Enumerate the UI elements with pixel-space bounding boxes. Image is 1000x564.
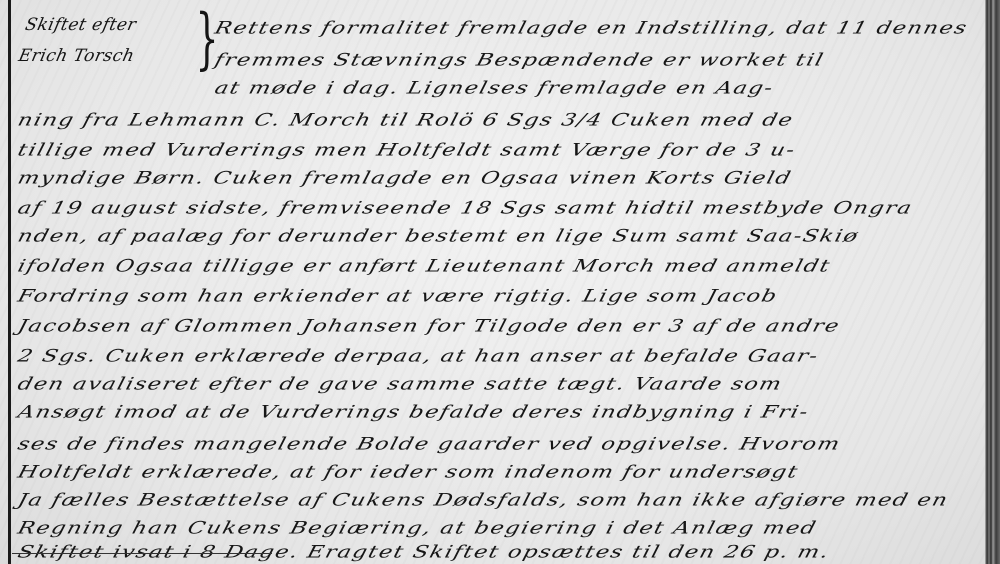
manuscript-line: af 19 august sidste, fremviseende 18 Sgs… bbox=[16, 199, 915, 219]
margin-note: Skiftet efter Erich Torsch bbox=[15, 10, 144, 72]
manuscript-line: Holtfeldt erklærede, at for ieder som in… bbox=[16, 463, 801, 483]
bottom-rule bbox=[12, 553, 272, 554]
manuscript-line: at møde i dag. Lignelses fremlagde en Aa… bbox=[213, 79, 777, 99]
manuscript-line: Rettens formalitet fremlagde en Indstill… bbox=[213, 19, 970, 39]
manuscript-line: Ansøgt imod at de Vurderings befalde der… bbox=[16, 403, 812, 423]
manuscript-line: Fordring som han erkiender at være rigti… bbox=[16, 287, 781, 307]
manuscript-line: Regning han Cukens Begiæring, at begieri… bbox=[16, 519, 820, 539]
manuscript-line: ifolden Ogsaa tilligge er anført Lieuten… bbox=[16, 257, 833, 277]
manuscript-line: ning fra Lehmann C. Morch til Rolö 6 Sgs… bbox=[16, 111, 796, 131]
manuscript-page: Skiftet efter Erich Torsch } Rettens for… bbox=[0, 0, 1000, 564]
manuscript-line: ses de findes mangelende Bolde gaarder v… bbox=[16, 435, 843, 455]
manuscript-line: den avaliseret efter de gave samme satte… bbox=[16, 375, 785, 395]
manuscript-line: fremmes Stævnings Bespændende er worket … bbox=[213, 51, 827, 71]
manuscript-line: myndige Børn. Cuken fremlagde en Ogsaa v… bbox=[16, 169, 795, 189]
manuscript-line: nden, af paalæg for derunder bestemt en … bbox=[16, 227, 862, 247]
manuscript-line: 2 Sgs. Cuken erklærede derpaa, at han an… bbox=[16, 347, 822, 367]
manuscript-line: Ja fælles Bestættelse af Cukens Dødsfald… bbox=[16, 491, 951, 511]
manuscript-line: Jacobsen af Glommen Johansen for Tilgode… bbox=[16, 317, 843, 337]
manuscript-line: tillige med Vurderings men Holtfeldt sam… bbox=[16, 141, 798, 161]
left-margin-rule bbox=[8, 0, 11, 564]
page-binding-edge bbox=[985, 0, 1000, 564]
margin-note-line-2: Erich Torsch bbox=[15, 41, 137, 72]
margin-note-line-1: Skiftet efter bbox=[22, 10, 144, 41]
